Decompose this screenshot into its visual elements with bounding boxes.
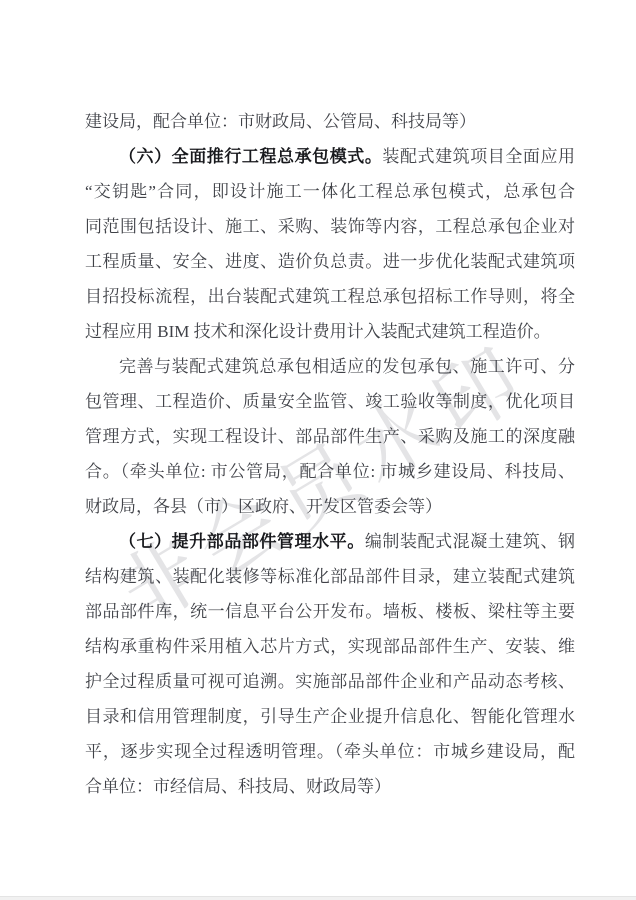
text-line: 合单位：市经信局、科技局、财政局等） bbox=[85, 769, 575, 804]
text-line: 财政局，各县（市）区政府、开发区管委会等） bbox=[85, 489, 575, 524]
body-text: 目招投标流程，出台装配式建筑工程总承包招标工作导则，将全 bbox=[85, 287, 575, 306]
body-text: “交钥匙”合同，即设计施工一体化工程总承包模式，总承包合 bbox=[85, 182, 575, 201]
body-text: 合单位：市经信局、科技局、财政局等） bbox=[85, 777, 391, 796]
text-line: 部品部件库，统一信息平台公开发布。墙板、楼板、梁柱等主要 bbox=[85, 594, 575, 629]
text-line: 平，逐步实现全过程透明管理。（牵头单位：市城乡建设局，配 bbox=[85, 734, 575, 769]
body-text: 编制装配式混凝土建筑、钢 bbox=[365, 532, 575, 551]
text-line: 工程质量、安全、进度、造价负总责。进一步优化装配式建筑项 bbox=[85, 244, 575, 279]
text-line: 目招投标流程，出台装配式建筑工程总承包招标工作导则，将全 bbox=[85, 279, 575, 314]
text-line: 合。（牵头单位: 市公管局，配合单位: 市城乡建设局、科技局、 bbox=[85, 454, 575, 489]
text-line: 管理方式，实现工程设计、部品部件生产、采购及施工的深度融 bbox=[85, 419, 575, 454]
text-line: （七）提升部品部件管理水平。编制装配式混凝土建筑、钢 bbox=[85, 524, 575, 559]
body-text: 结构承重构件采用植入芯片方式，实现部品部件生产、安装、维 bbox=[85, 637, 575, 656]
body-text: 部品部件库，统一信息平台公开发布。墙板、楼板、梁柱等主要 bbox=[85, 602, 575, 621]
body-text: 财政局，各县（市）区政府、开发区管委会等） bbox=[85, 497, 442, 516]
page-bottom-edge bbox=[0, 896, 636, 900]
text-line: 完善与装配式建筑总承包相适应的发包承包、施工许可、分 bbox=[85, 349, 575, 384]
body-text: 目录和信用管理制度，引导生产企业提升信息化、智能化管理水 bbox=[85, 707, 575, 726]
body-text: 建设局，配合单位：市财政局、公管局、科技局等） bbox=[85, 112, 476, 131]
document-body: 建设局，配合单位：市财政局、公管局、科技局等）（六）全面推行工程总承包模式。装配… bbox=[85, 104, 575, 804]
document-page: 非会员水印 建设局，配合单位：市财政局、公管局、科技局等）（六）全面推行工程总承… bbox=[0, 0, 636, 900]
body-text: 同范围包括设计、施工、采购、装饰等内容，工程总承包企业对 bbox=[85, 217, 575, 236]
text-line: 同范围包括设计、施工、采购、装饰等内容，工程总承包企业对 bbox=[85, 209, 575, 244]
text-line: （六）全面推行工程总承包模式。装配式建筑项目全面应用 bbox=[85, 139, 575, 174]
text-line: 目录和信用管理制度，引导生产企业提升信息化、智能化管理水 bbox=[85, 699, 575, 734]
text-line: 包管理、工程造价、质量安全监管、竣工验收等制度，优化项目 bbox=[85, 384, 575, 419]
body-text: 完善与装配式建筑总承包相适应的发包承包、施工许可、分 bbox=[119, 357, 575, 376]
body-text: 平，逐步实现全过程透明管理。（牵头单位：市城乡建设局，配 bbox=[85, 742, 575, 761]
text-line: “交钥匙”合同，即设计施工一体化工程总承包模式，总承包合 bbox=[85, 174, 575, 209]
text-line: 结构承重构件采用植入芯片方式，实现部品部件生产、安装、维 bbox=[85, 629, 575, 664]
body-text: 结构建筑、装配化装修等标准化部品部件目录，建立装配式建筑 bbox=[85, 567, 575, 586]
body-text: 管理方式，实现工程设计、部品部件生产、采购及施工的深度融 bbox=[85, 427, 575, 446]
section-heading: （七）提升部品部件管理水平。 bbox=[119, 532, 365, 551]
body-text: 工程质量、安全、进度、造价负总责。进一步优化装配式建筑项 bbox=[85, 252, 575, 271]
text-line: 结构建筑、装配化装修等标准化部品部件目录，建立装配式建筑 bbox=[85, 559, 575, 594]
body-text: 装配式建筑项目全面应用 bbox=[382, 147, 575, 166]
text-line: 过程应用 BIM 技术和深化设计费用计入装配式建筑工程造价。 bbox=[85, 314, 575, 349]
text-line: 建设局，配合单位：市财政局、公管局、科技局等） bbox=[85, 104, 575, 139]
body-text: 包管理、工程造价、质量安全监管、竣工验收等制度，优化项目 bbox=[85, 392, 575, 411]
body-text: 护全过程质量可视可追溯。实施部品部件企业和产品动态考核、 bbox=[85, 672, 575, 691]
body-text: 合。（牵头单位: 市公管局，配合单位: 市城乡建设局、科技局、 bbox=[85, 462, 575, 481]
body-text: 过程应用 BIM 技术和深化设计费用计入装配式建筑工程造价。 bbox=[85, 322, 551, 341]
text-line: 护全过程质量可视可追溯。实施部品部件企业和产品动态考核、 bbox=[85, 664, 575, 699]
section-heading: （六）全面推行工程总承包模式。 bbox=[119, 147, 382, 166]
